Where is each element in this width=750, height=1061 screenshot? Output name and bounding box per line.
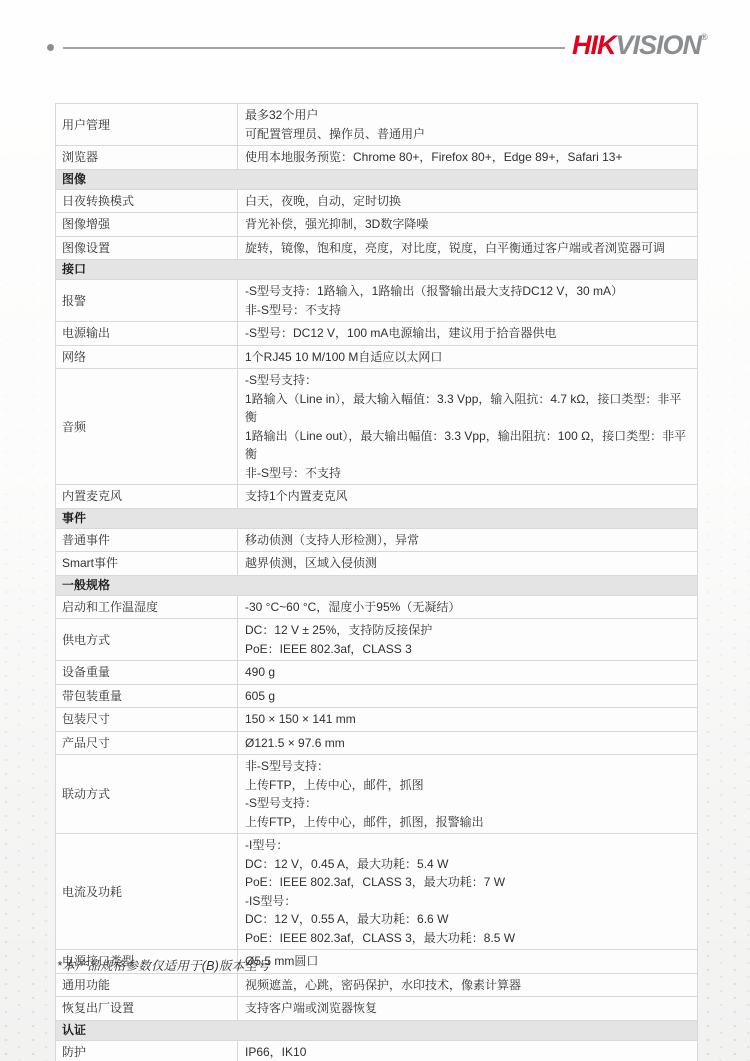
spec-value-line: IP66，IK10 (245, 1043, 689, 1061)
spec-label: 联动方式 (56, 755, 238, 834)
registered-trademark-symbol: ® (701, 32, 708, 42)
datasheet-page: HIKVISION® 用户管理最多32个用户可配置管理员、操作员、普通用户浏览器… (0, 0, 750, 1061)
section-header-label: 接口 (56, 260, 698, 280)
spec-value: 越界侦测，区域入侵侦测 (238, 552, 698, 576)
spec-value-line: 非-S型号：不支持 (245, 464, 689, 483)
spec-value-line: 移动侦测（支持人形检测），异常 (245, 531, 689, 550)
spec-value-line: DC：12 V ± 25%，支持防反接保护 (245, 621, 689, 640)
spec-value: Ø5.5 mm圆口 (238, 950, 698, 974)
spec-value: 背光补偿，强光抑制，3D数字降噪 (238, 213, 698, 237)
spec-value: 1个RJ45 10 M/100 M自适应以太网口 (238, 345, 698, 369)
spec-label: 启动和工作温湿度 (56, 595, 238, 619)
header-rule-line (63, 47, 565, 49)
spec-label: 报警 (56, 280, 238, 322)
spec-value: Ø121.5 × 97.6 mm (238, 731, 698, 755)
spec-label: 带包装重量 (56, 684, 238, 708)
spec-value-line: Ø5.5 mm圆口 (245, 952, 689, 971)
spec-value: 支持1个内置麦克风 (238, 485, 698, 509)
spec-label: 音频 (56, 369, 238, 485)
spec-row: 浏览器使用本地服务预览：Chrome 80+，Firefox 80+，Edge … (56, 146, 698, 170)
spec-value-line: DC：12 V，0.45 A，最大功耗：5.4 W (245, 855, 689, 874)
spec-value-line: 1路输出（Line out），最大输出幅值：3.3 Vpp，输出阻抗：100 Ω… (245, 427, 689, 464)
spec-row: 报警-S型号支持：1路输入，1路输出（报警输出最大支持DC12 V，30 mA）… (56, 280, 698, 322)
spec-row: 产品尺寸Ø121.5 × 97.6 mm (56, 731, 698, 755)
spec-value: 使用本地服务预览：Chrome 80+，Firefox 80+，Edge 89+… (238, 146, 698, 170)
spec-value-line: 490 g (245, 663, 689, 682)
spec-row: 图像设置旋转，镜像，饱和度，亮度，对比度，锐度，白平衡通过客户端或者浏览器可调 (56, 236, 698, 260)
spec-label: 图像增强 (56, 213, 238, 237)
spec-value-line: 越界侦测，区域入侵侦测 (245, 554, 689, 573)
section-header-row: 事件 (56, 508, 698, 528)
spec-label: 设备重量 (56, 661, 238, 685)
spec-value-line: 背光补偿，强光抑制，3D数字降噪 (245, 215, 689, 234)
spec-value: -I型号：DC：12 V，0.45 A，最大功耗：5.4 WPoE：IEEE 8… (238, 834, 698, 950)
spec-value-line: 605 g (245, 687, 689, 706)
spec-value-line: -S型号：DC12 V，100 mA电源输出，建议用于拾音器供电 (245, 324, 689, 343)
spec-label: 浏览器 (56, 146, 238, 170)
spec-row: 音频-S型号支持：1路输入（Line in），最大输入幅值：3.3 Vpp，输入… (56, 369, 698, 485)
spec-label: 恢复出厂设置 (56, 997, 238, 1021)
spec-value-line: Ø121.5 × 97.6 mm (245, 734, 689, 753)
spec-label: 网络 (56, 345, 238, 369)
spec-row: 电源输出-S型号：DC12 V，100 mA电源输出，建议用于拾音器供电 (56, 322, 698, 346)
spec-value-line: -I型号： (245, 836, 689, 855)
spec-value: 605 g (238, 684, 698, 708)
section-header-label: 一般规格 (56, 575, 698, 595)
spec-value: 移动侦测（支持人形检测），异常 (238, 528, 698, 552)
spec-row: 包装尺寸150 × 150 × 141 mm (56, 708, 698, 732)
spec-value: 最多32个用户可配置管理员、操作员、普通用户 (238, 104, 698, 146)
spec-label: 日夜转换模式 (56, 189, 238, 213)
spec-label: 产品尺寸 (56, 731, 238, 755)
spec-value-line: DC：12 V，0.55 A，最大功耗：6.6 W (245, 910, 689, 929)
spec-value-line: PoE：IEEE 802.3af，CLASS 3 (245, 640, 689, 659)
spec-row: 防护IP66，IK10 (56, 1040, 698, 1061)
spec-value-line: 150 × 150 × 141 mm (245, 710, 689, 729)
spec-value-line: 支持1个内置麦克风 (245, 487, 689, 506)
spec-value-line: -S型号支持：1路输入，1路输出（报警输出最大支持DC12 V，30 mA） (245, 282, 689, 301)
section-header-label: 图像 (56, 169, 698, 189)
spec-row: 联动方式非-S型号支持：上传FTP，上传中心，邮件，抓图-S型号支持：上传FTP… (56, 755, 698, 834)
section-header-row: 一般规格 (56, 575, 698, 595)
spec-value-line: 非-S型号支持： (245, 757, 689, 776)
spec-row: 供电方式DC：12 V ± 25%，支持防反接保护PoE：IEEE 802.3a… (56, 619, 698, 661)
spec-value-line: PoE：IEEE 802.3af，CLASS 3，最大功耗：8.5 W (245, 929, 689, 948)
spec-value-line: 最多32个用户 (245, 106, 689, 125)
spec-label: 防护 (56, 1040, 238, 1061)
spec-value: 视频遮盖，心跳，密码保护，水印技术，像素计算器 (238, 973, 698, 997)
spec-value-line: -S型号支持： (245, 371, 689, 390)
spec-value-line: 非-S型号：不支持 (245, 301, 689, 320)
spec-value: 150 × 150 × 141 mm (238, 708, 698, 732)
section-header-row: 认证 (56, 1020, 698, 1040)
spec-value-line: 上传FTP，上传中心，邮件，抓图，报警输出 (245, 813, 689, 832)
spec-value-line: 白天，夜晚，自动，定时切换 (245, 192, 689, 211)
spec-value: 非-S型号支持：上传FTP，上传中心，邮件，抓图-S型号支持：上传FTP，上传中… (238, 755, 698, 834)
spec-value-line: -30 °C~60 °C，湿度小于95%（无凝结） (245, 598, 689, 617)
spec-value: 490 g (238, 661, 698, 685)
spec-row: 网络1个RJ45 10 M/100 M自适应以太网口 (56, 345, 698, 369)
spec-row: 通用功能视频遮盖，心跳，密码保护，水印技术，像素计算器 (56, 973, 698, 997)
section-header-label: 认证 (56, 1020, 698, 1040)
spec-row: 启动和工作温湿度-30 °C~60 °C，湿度小于95%（无凝结） (56, 595, 698, 619)
spec-row: 图像增强背光补偿，强光抑制，3D数字降噪 (56, 213, 698, 237)
spec-label: Smart事件 (56, 552, 238, 576)
spec-value: -S型号支持：1路输入，1路输出（报警输出最大支持DC12 V，30 mA）非-… (238, 280, 698, 322)
spec-row: 电流及功耗-I型号：DC：12 V，0.45 A，最大功耗：5.4 WPoE：I… (56, 834, 698, 950)
spec-row: Smart事件越界侦测，区域入侵侦测 (56, 552, 698, 576)
spec-row: 日夜转换模式白天，夜晚，自动，定时切换 (56, 189, 698, 213)
spec-row: 普通事件移动侦测（支持人形检测），异常 (56, 528, 698, 552)
spec-row: 带包装重量605 g (56, 684, 698, 708)
spec-value-line: 1个RJ45 10 M/100 M自适应以太网口 (245, 348, 689, 367)
spec-label: 供电方式 (56, 619, 238, 661)
spec-row: 内置麦克风支持1个内置麦克风 (56, 485, 698, 509)
spec-value-line: 1路输入（Line in），最大输入幅值：3.3 Vpp，输入阻抗：4.7 kΩ… (245, 390, 689, 427)
spec-row: 用户管理最多32个用户可配置管理员、操作员、普通用户 (56, 104, 698, 146)
header-bullet-dot (47, 44, 54, 51)
spec-label: 内置麦克风 (56, 485, 238, 509)
spec-value: 旋转，镜像，饱和度，亮度，对比度，锐度，白平衡通过客户端或者浏览器可调 (238, 236, 698, 260)
spec-row: 设备重量490 g (56, 661, 698, 685)
spec-label: 图像设置 (56, 236, 238, 260)
spec-value-line: 可配置管理员、操作员、普通用户 (245, 125, 689, 144)
spec-value: -30 °C~60 °C，湿度小于95%（无凝结） (238, 595, 698, 619)
spec-value-line: -S型号支持： (245, 794, 689, 813)
spec-value: -S型号：DC12 V，100 mA电源输出，建议用于拾音器供电 (238, 322, 698, 346)
spec-value-line: 上传FTP，上传中心，邮件，抓图 (245, 776, 689, 795)
spec-label: 包装尺寸 (56, 708, 238, 732)
spec-value-line: 视频遮盖，心跳，密码保护，水印技术，像素计算器 (245, 976, 689, 995)
spec-table: 用户管理最多32个用户可配置管理员、操作员、普通用户浏览器使用本地服务预览：Ch… (55, 103, 698, 1061)
spec-value-line: 支持客户端或浏览器恢复 (245, 999, 689, 1018)
spec-value: 支持客户端或浏览器恢复 (238, 997, 698, 1021)
spec-label: 用户管理 (56, 104, 238, 146)
section-header-label: 事件 (56, 508, 698, 528)
section-header-row: 图像 (56, 169, 698, 189)
spec-value: -S型号支持：1路输入（Line in），最大输入幅值：3.3 Vpp，输入阻抗… (238, 369, 698, 485)
spec-value: IP66，IK10 (238, 1040, 698, 1061)
spec-value: DC：12 V ± 25%，支持防反接保护PoE：IEEE 802.3af，CL… (238, 619, 698, 661)
spec-label: 普通事件 (56, 528, 238, 552)
spec-value-line: PoE：IEEE 802.3af，CLASS 3，最大功耗：7 W (245, 873, 689, 892)
spec-row: 恢复出厂设置支持客户端或浏览器恢复 (56, 997, 698, 1021)
spec-label: 电源输出 (56, 322, 238, 346)
hikvision-logo: HIKVISION® (572, 30, 708, 61)
spec-label: 通用功能 (56, 973, 238, 997)
spec-value-line: 使用本地服务预览：Chrome 80+，Firefox 80+，Edge 89+… (245, 148, 689, 167)
spec-value-line: 旋转，镜像，饱和度，亮度，对比度，锐度，白平衡通过客户端或者浏览器可调 (245, 239, 689, 258)
logo-text-vision: VISION (616, 30, 702, 60)
spec-label: 电流及功耗 (56, 834, 238, 950)
logo-text-hik: HIK (572, 30, 616, 60)
spec-value: 白天，夜晚，自动，定时切换 (238, 189, 698, 213)
footnote: *本产品规格参数仅适用于(B)版本型号 (57, 956, 270, 974)
section-header-row: 接口 (56, 260, 698, 280)
spec-value-line: -IS型号： (245, 892, 689, 911)
